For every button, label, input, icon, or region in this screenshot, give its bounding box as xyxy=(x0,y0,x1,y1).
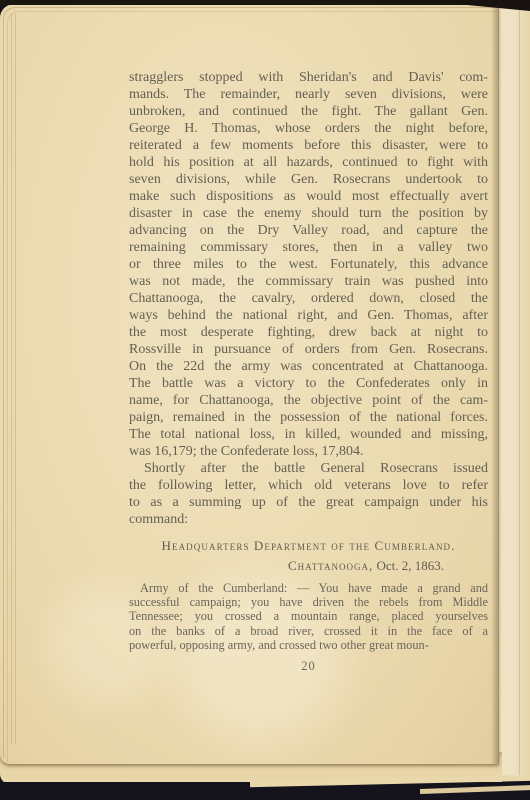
letter-body: Army of the Cumberland: — You have made … xyxy=(129,581,488,652)
underlying-page-edge xyxy=(497,4,530,780)
text-line: advancing on the Dry Valley road, and ca… xyxy=(129,222,488,239)
text-line: command: xyxy=(129,511,488,528)
body-paragraph: stragglers stopped with Sheridan's and D… xyxy=(129,69,488,460)
text-line: seven divisions, while Gen. Rosecrans un… xyxy=(129,171,488,188)
text-line: The battle was a victory to the Confeder… xyxy=(129,375,488,392)
text-line: on the banks of a broad river, crossed i… xyxy=(129,624,488,638)
text-line: On the 22d the army was concentrated at … xyxy=(129,358,488,375)
text-line: to as a summing up of the great campaign… xyxy=(129,494,488,511)
text-line: make such dispositions as would most eff… xyxy=(129,188,488,205)
text-line: The total national loss, in killed, woun… xyxy=(129,426,488,443)
body-paragraph: Shortly after the battle General Rosecra… xyxy=(129,460,488,528)
page-edge-crease xyxy=(519,4,520,780)
text-line: Chattanooga, the cavalry, ordered down, … xyxy=(129,290,488,307)
text-line: powerful, opposing army, and crossed two… xyxy=(129,638,488,652)
text-line: paign, remained in the possession of the… xyxy=(129,409,488,426)
text-line: remaining commissary stores, then in a v… xyxy=(129,239,488,256)
left-margin-creases xyxy=(11,14,16,744)
page-fold-shadow xyxy=(491,4,499,764)
page-text-block: stragglers stopped with Sheridan's and D… xyxy=(129,69,488,675)
text-line: reiterated a few moments before this dis… xyxy=(129,137,488,154)
text-line: successful campaign; you have driven the… xyxy=(129,595,488,609)
text-line: unbroken, and continued the fight. The g… xyxy=(129,103,488,120)
text-line: stragglers stopped with Sheridan's and D… xyxy=(129,69,488,86)
text-line: the following letter, which old veterans… xyxy=(129,477,488,494)
scanned-book-page: stragglers stopped with Sheridan's and D… xyxy=(0,0,530,800)
page-number: 20 xyxy=(129,658,488,675)
text-line: or three miles to the west. Fortunately,… xyxy=(129,256,488,273)
text-line: the most desperate fighting, drew back a… xyxy=(129,324,488,341)
text-line: Army of the Cumberland: — You have made … xyxy=(129,581,488,595)
text-line: Tennessee; you crossed a mountain range,… xyxy=(129,609,488,623)
dateline-place: Chattanooga, xyxy=(288,558,373,573)
text-line: was 16,179; the Confederate loss, 17,804… xyxy=(129,443,488,460)
letter-heading: Headquarters Department of the Cumberlan… xyxy=(129,537,488,554)
text-line: Shortly after the battle General Rosecra… xyxy=(129,460,488,477)
text-line: ways behind the national right, and Gen.… xyxy=(129,307,488,324)
text-line: mands. The remainder, nearly seven divis… xyxy=(129,86,488,103)
text-line: hold his position at all hazards, contin… xyxy=(129,154,488,171)
text-line: name, for Chattanooga, the objective poi… xyxy=(129,392,488,409)
text-line: George H. Thomas, whose orders the night… xyxy=(129,120,488,137)
letter-dateline: Chattanooga, Oct. 2, 1863. xyxy=(129,557,488,574)
text-line: was not made, the commissary train was p… xyxy=(129,273,488,290)
text-line: disaster in case the enemy should turn t… xyxy=(129,205,488,222)
text-line: Rossville in pursuance of orders from Ge… xyxy=(129,341,488,358)
dateline-date: Oct. 2, 1863. xyxy=(373,558,444,573)
